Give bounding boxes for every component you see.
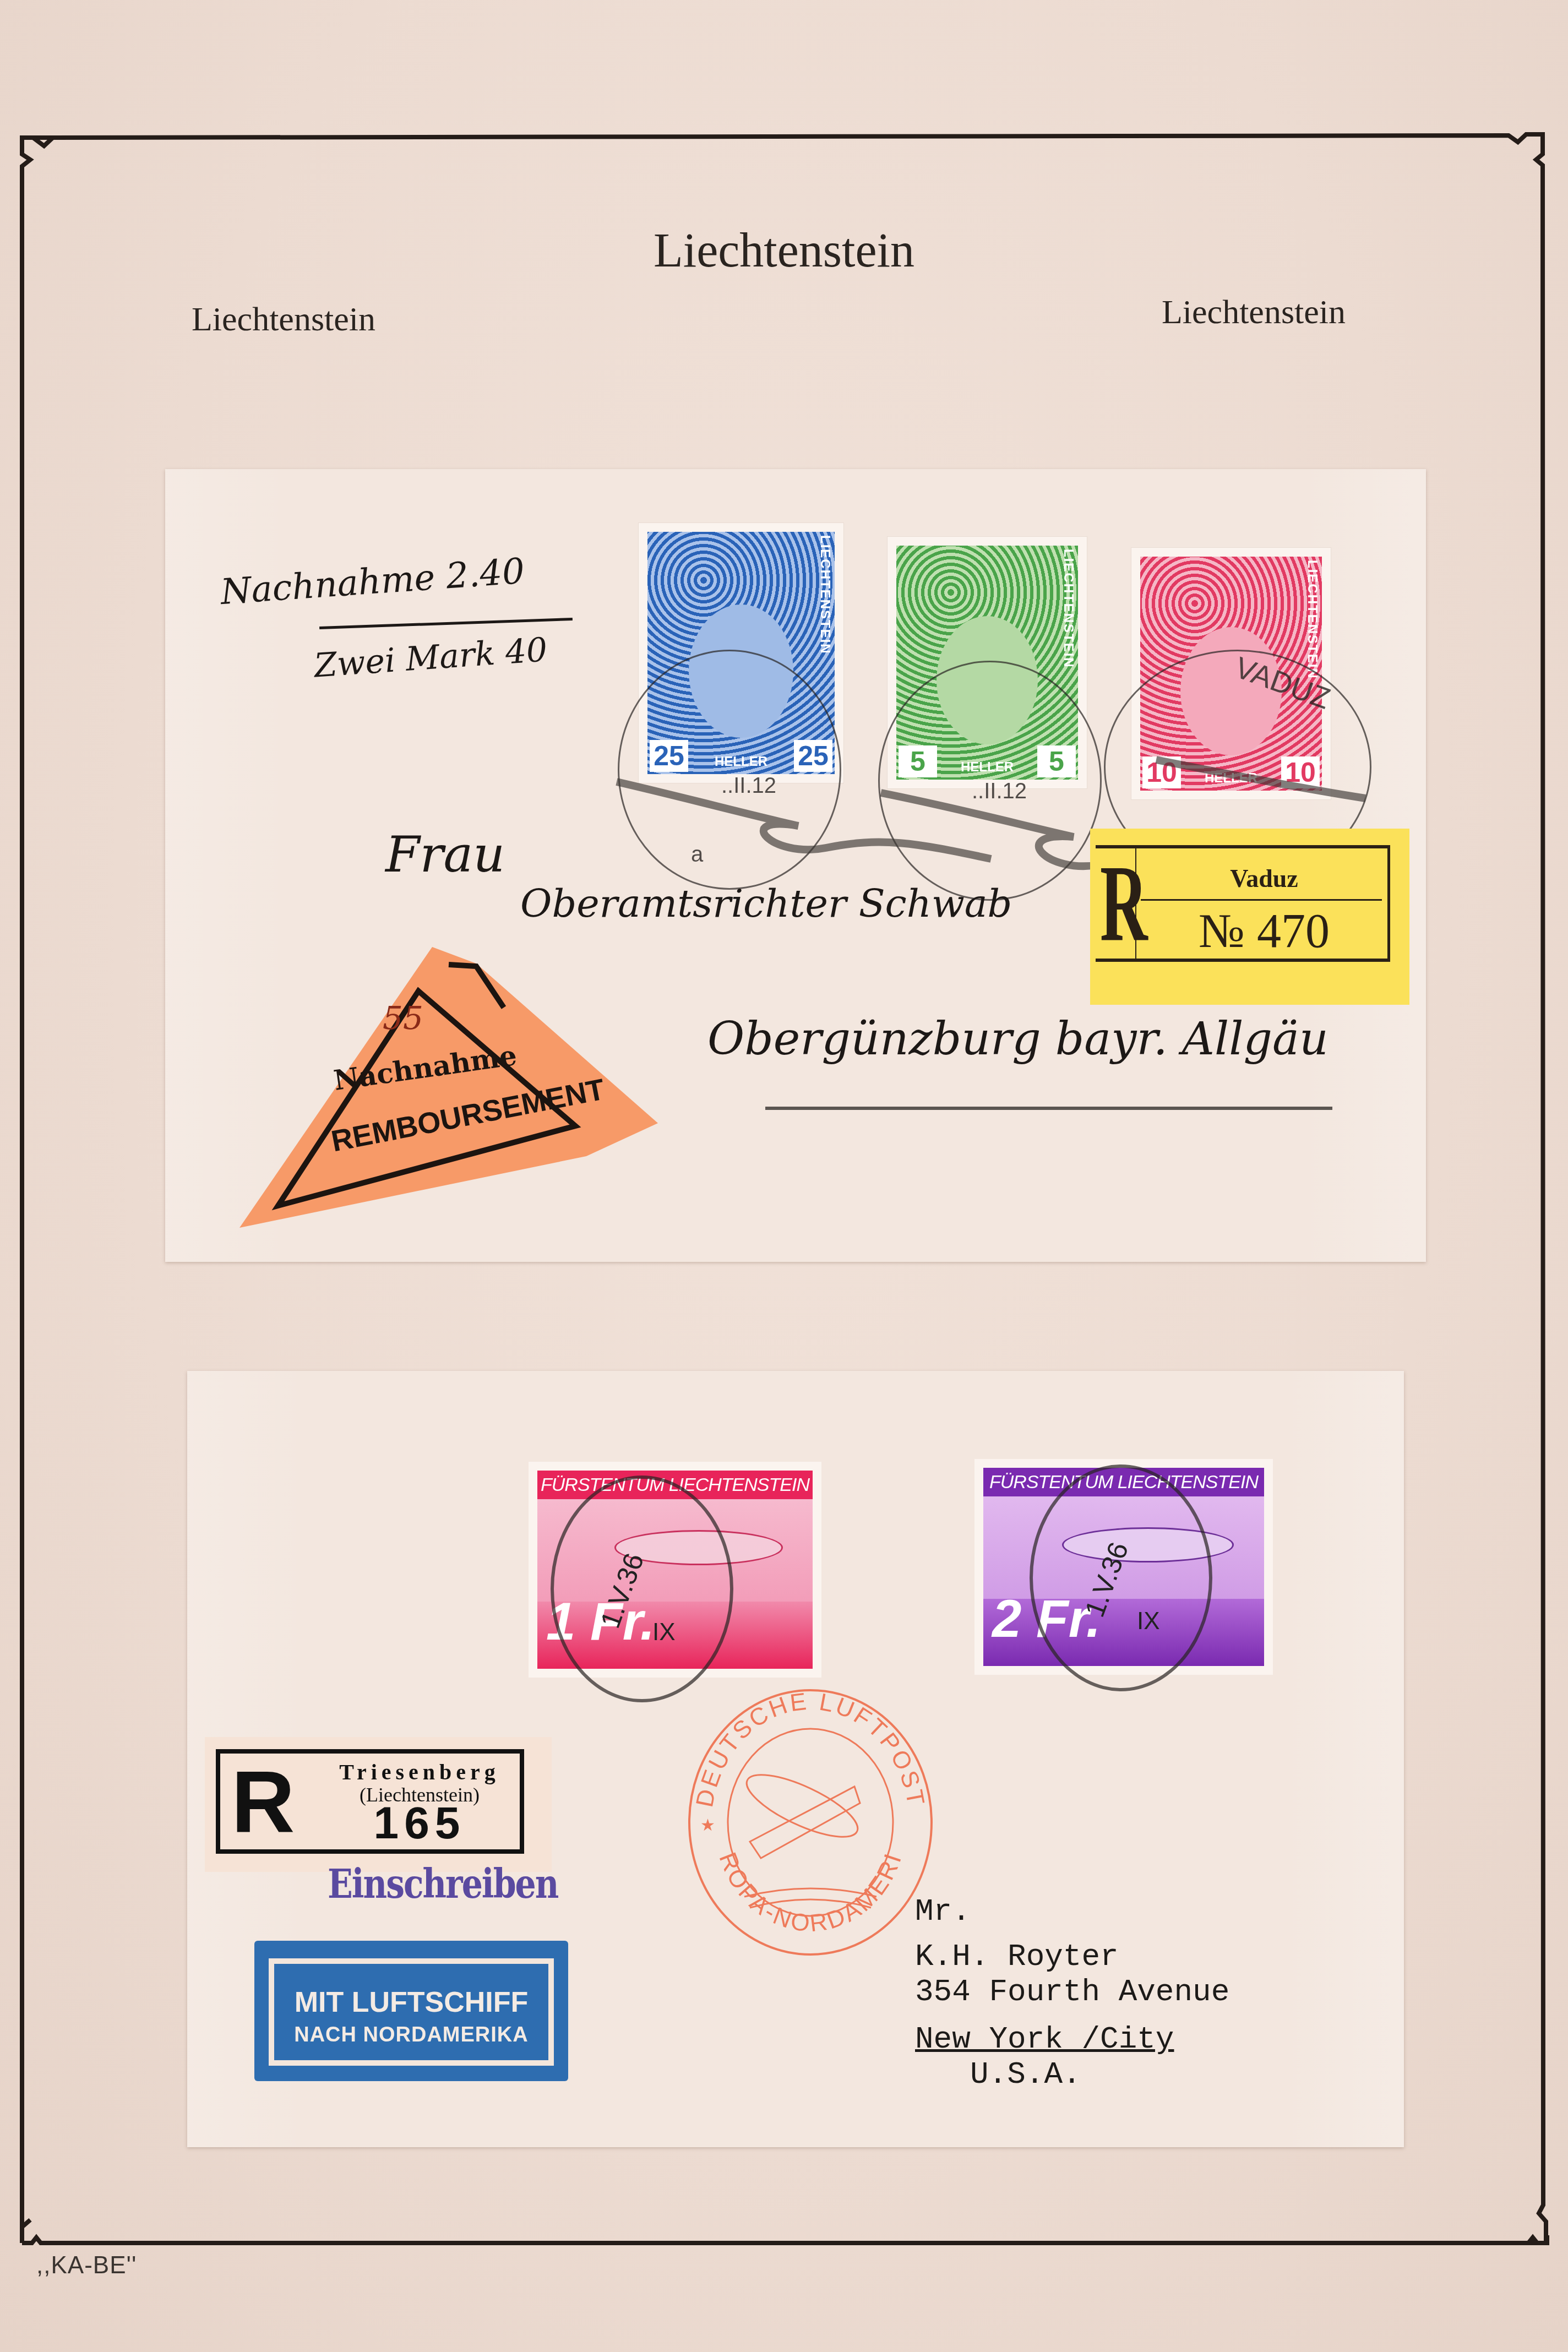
registration-number: 165 — [315, 1798, 524, 1849]
etiquette-line-1: MIT LUFTSCHIFF — [254, 1986, 568, 2019]
postmark-hour: IX — [652, 1619, 676, 1646]
handwritten-salutation: Frau — [385, 826, 505, 884]
airplane-icon — [750, 1787, 860, 1858]
registration-label-triesenberg: R Triesenberg (Liechtenstein) 165 — [205, 1737, 552, 1872]
svg-text:DEUTSCHE LUFTPOST: DEUTSCHE LUFTPOST — [691, 1687, 930, 1809]
registration-number: № 470 — [1141, 903, 1387, 959]
stamp-side-text: LIECHTENSTEIN — [817, 535, 832, 655]
stamp-side-text: LIECHTENSTEIN — [1060, 549, 1076, 668]
address-line: New York /City — [915, 2022, 1229, 2057]
cod-handwritten-number: 55 — [383, 999, 423, 1037]
star-icon: ★ — [700, 1816, 715, 1834]
address-line: Mr. — [915, 1894, 1229, 1929]
page-title: Liechtenstein — [0, 223, 1568, 279]
typed-address: Mr. K.H. Royter 354 Fourth Avenue New Yo… — [915, 1894, 1229, 2092]
stamp-side-text: LIECHTENSTEIN — [1304, 560, 1320, 679]
airship-etiquette: MIT LUFTSCHIFF NACH NORDAMERIKA — [254, 1941, 568, 2081]
address-line: U.S.A. — [915, 2057, 1229, 2092]
registration-letter: R — [231, 1763, 295, 1841]
registration-label-vaduz: R Vaduz № 470 — [1090, 829, 1409, 1005]
registration-town: Vaduz — [1141, 864, 1387, 893]
label-divider — [1141, 899, 1382, 901]
address-line: K.H. Royter — [915, 1939, 1229, 1974]
publisher-mark: ,,KA-BE'' — [36, 2252, 137, 2279]
deutsche-luftpost-cachet: DEUTSCHE LUFTPOST EUROPA-NORDAMERIKA ★ — [678, 1682, 943, 1957]
right-heading: Liechtenstein — [1162, 293, 1346, 332]
album-page: Liechtenstein Liechtenstein Liechtenstei… — [0, 0, 1568, 2352]
handwritten-underline — [765, 1107, 1332, 1110]
etiquette-line-2: NACH NORDAMERIKA — [254, 2023, 568, 2047]
left-heading: Liechtenstein — [192, 300, 375, 339]
handwritten-addressee: Oberamtsrichter Schwab — [520, 881, 1012, 926]
postmark-triesenberg — [551, 1476, 733, 1702]
handwritten-destination: Obergünzburg bayr. Allgäu — [707, 1013, 1329, 1065]
cachet-top-text: DEUTSCHE LUFTPOST — [691, 1687, 930, 1809]
registration-label-frame: R Vaduz № 470 — [1096, 845, 1390, 962]
postmark-hour: IX — [1137, 1608, 1160, 1635]
address-line: 354 Fourth Avenue — [915, 1974, 1229, 2010]
registration-town: Triesenberg — [315, 1759, 524, 1785]
einschreiben-handstamp: Einschreiben — [328, 1861, 558, 1908]
